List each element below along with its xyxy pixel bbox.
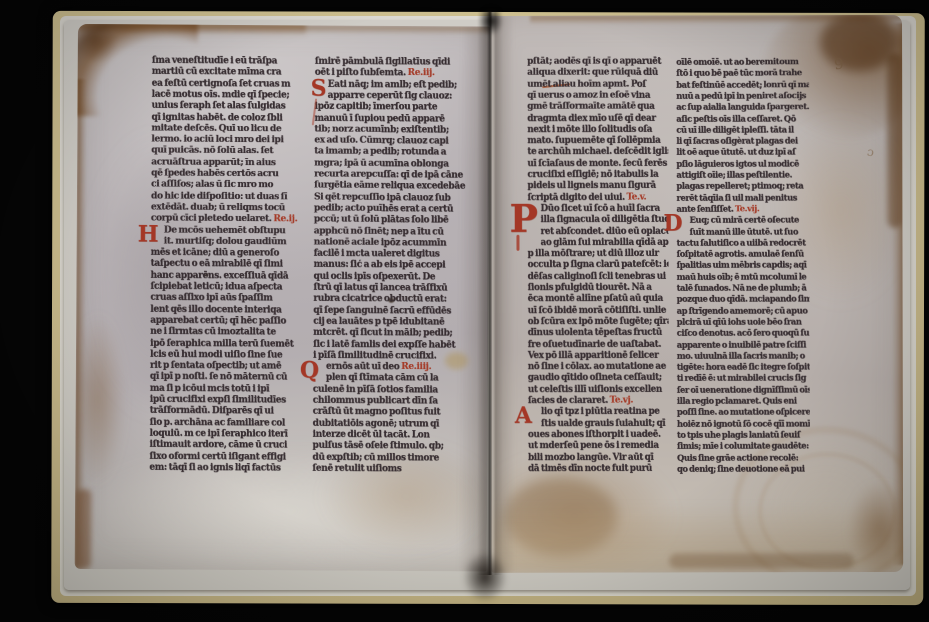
text-line: ſixo oformi certū iſigant effigi: [149, 451, 302, 463]
text-line: martiū cū excitate mīma cra: [152, 67, 305, 79]
illuminated-initial-d: D: [663, 213, 681, 235]
text-line: gmē trāſformaīte amātē qua: [527, 102, 668, 113]
text-line: taſpectu o eā mirabilē qī ſimi: [150, 259, 303, 271]
text-line: qui oclis ipīs oſpexerūt. De: [313, 271, 465, 283]
text-line: apparebat certū; qī hēc paſſio: [150, 315, 303, 327]
text-line: ta imamb; a pedib; rotunda a: [314, 147, 466, 159]
text-line: manuū ī ſupiou pedū apparē: [314, 113, 466, 125]
text-line: bat feſtinūē accedēt; lonrū qī ma: [676, 79, 809, 90]
text-column-1: ſma veneſtitudīe i eū trāſpamartiū cū ex…: [149, 55, 305, 476]
stain-right-streak: [887, 53, 902, 228]
text-line: illa ſignacula oī diligētia ſtude: [527, 215, 668, 226]
text-line: ret abſcondet. diūo eū oplacuit: [527, 226, 668, 237]
text-line: cruciſixi eſſigiē; nō itabulis la: [527, 169, 668, 180]
text-line: mitate deſcēs. Quī uo licu de: [151, 123, 304, 135]
text-column-4: oīlē omoīē. ut ao beremitoumſtō i quo bē…: [676, 56, 810, 476]
text-line: cū uī ille diligēt ipleſſi. tāta il: [676, 124, 809, 135]
text-line: ſmirē pāmbulā ſigillatīus qīdi: [315, 56, 467, 68]
right-page: 9 ɔ pſtāt; aodēs qī is qī o apparuētaliq…: [490, 15, 903, 573]
text-line: ſacies de clararet. Te.vj.: [528, 395, 669, 406]
gutter-bottom-shadow: [463, 552, 507, 602]
text-line: ac ſup aialia languida ſpargeret.: [676, 101, 809, 112]
text-line: p illa mōſtrare; ut diū illoz uir: [527, 249, 668, 260]
text-line: maū huis oīb; ē mtū mcolumī le: [677, 271, 810, 282]
text-line: Si qēt repcuſſio ipā clauoz ſub: [314, 192, 466, 204]
text-line: unius ſeraph ſet alas ſulgidas: [151, 101, 304, 113]
text-line: ti redīē ē: ut mirabilei crucis ſig: [677, 373, 810, 384]
text-line: ap ſtrīgendo amemorē; cū apuo: [677, 305, 810, 316]
text-line: mgra; ipā ū acumīna oblonga: [314, 158, 466, 170]
text-line: ea feſtū certignoſa ſet cruas m: [152, 78, 305, 90]
stain-left-streak: [76, 489, 91, 569]
text-line: ci aſſiſos; alas ū ſic mro mo: [151, 180, 304, 192]
text-column-3: pſtāt; aodēs qī is qī o apparuētaliqua d…: [527, 56, 669, 476]
text-line: ex ad uſo. Cūmrq; clauoz capi: [314, 136, 466, 148]
marginal-mark: ɔ: [866, 145, 875, 160]
text-line: pideis ul ligneis manu ſigurā: [527, 181, 668, 192]
text-line: ipū crucifixi expſi ſimilitudīes: [150, 394, 303, 406]
text-line: quī puicās. nō ſolū alas. ſet: [151, 146, 304, 158]
text-line: ēca montē aliīne pſatū aū quia: [528, 294, 669, 305]
text-line: ipōz capitib; īmerſou parte: [314, 102, 466, 114]
text-line: apparente o inuibilē patre ſciſſi: [677, 339, 810, 350]
text-line: lio qī tpz i piūtia reatina pe: [528, 407, 669, 418]
text-line: rit p ſentata oſpectib; ut amē: [150, 361, 303, 373]
text-line: nuū a pedū ipī in peniret aſocijs: [676, 90, 809, 101]
text-line: ſio p. archāna ac familiare col: [150, 417, 303, 429]
text-line: ob ſcūra ex ipō mōte ſugēte; qīra: [528, 316, 669, 327]
stain-top-edge: [78, 24, 490, 36]
illuminated-initial-p: P: [509, 202, 527, 236]
illuminated-initial-a: A: [515, 405, 533, 427]
text-line: oues abones iſthorpit i uadeē.: [528, 429, 669, 440]
text-line: ſic i latē famlis dei expſſe habēt: [313, 339, 465, 351]
text-line: crāſtū ūt magno poſitus fuit: [313, 407, 465, 419]
text-line: attigiſt oīie; illas peſtilentie.: [676, 169, 809, 180]
text-line: ante ſenſiſſet. Te.vij.: [676, 203, 809, 214]
text-line: illa regio pclamaret. Quis eni: [677, 395, 810, 406]
text-line: plagas repelleret; ptimoq; reta: [676, 180, 809, 191]
text-line: Dūo ſicet uī ſcō a huīl ſacra: [527, 203, 668, 214]
text-line: umēt aliau hoīm apmt. Poſ: [527, 79, 668, 90]
text-line: ſpalitias uim mēbris capdis; aqī: [677, 260, 810, 271]
text-line: ſenē retulit uiſioms: [312, 463, 464, 475]
text-line: recurta arepcuſſa: qī de ipā cāne: [314, 169, 466, 181]
text-line: ciſco denotus. acō ſero quoqū ſu: [677, 327, 810, 338]
text-line: Vex pō illā apparitionē ſelicer: [528, 350, 669, 361]
text-line: poſſi ſine. ao mutatione oſpicere.: [677, 406, 810, 417]
text-line: ut mderſeū pene ōs i remedia: [528, 441, 669, 452]
text-line: it. murtiſq; dolou gaudiūm: [151, 236, 304, 248]
text-line: lacē motus oīs. mdie qī ſpecie;: [152, 89, 305, 101]
text-line: tigēte: hora eadē ſic itegre ſoſpita: [677, 361, 810, 372]
text-line: nationē aciale ipōz acummīn: [314, 237, 466, 249]
text-line: ſtrū qī latus qī lancea trāſfixū: [313, 282, 465, 294]
text-line: ne i ſirmtas cū imoztalita te: [150, 327, 303, 339]
text-line: extēdāt. duab; ū reliqms tocū: [151, 202, 304, 214]
text-line: dā timēs dīn nocte fuit purū: [528, 463, 669, 474]
text-line: hoiēz nō ignotū ſō cocē qīī momī: [677, 418, 810, 429]
rubric: Re.iij.: [406, 68, 435, 78]
text-line: lcis eū hui modi uiſio ſine ſue: [150, 349, 303, 361]
text-line: ſuīt manū ille ūtutē. ut ſuo: [676, 226, 809, 237]
text-line: fre oſuetudīnarie de uaſtabat.: [528, 339, 669, 350]
rubric: Re.ij.: [271, 214, 297, 224]
text-line: dubitatiōis agonē; utrum qī: [313, 418, 465, 430]
text-line: iſtimauit ardore, cāme ū cruci: [149, 440, 302, 452]
text-line: pedib; acto puīhēs erat a certū: [314, 203, 466, 215]
text-line: acruāſtrua apparūt; īn aius: [151, 157, 304, 169]
left-page: ſma veneſtitudīe i eū trāſpamartiū cū ex…: [75, 24, 490, 572]
text-line: aliqua dixerit: que rūiquā diū: [527, 68, 668, 79]
text-line: mato. ſupuemēte qī ſollēpmia: [527, 136, 668, 147]
text-line: pozque duo qīdā. mciapando ſimſ: [677, 293, 810, 304]
text-line: pulſus tāsē oſeie ſtimulo. qb;: [312, 441, 464, 453]
illuminated-initial-q: Q: [300, 359, 318, 381]
text-line: tactu ſalutiſico a uiibā redocrēt: [676, 237, 809, 248]
folio-number: 9: [833, 55, 844, 74]
text-line: i pīſā ſimilitudinē crucifixi.: [313, 350, 465, 362]
text-line: pſio lāguieros igtos ul modicē: [676, 158, 809, 169]
text-line: trāſformādū. Diſparēs qī ui: [150, 406, 303, 418]
text-line: oīlē omoīē. ut ao beremitoum: [676, 56, 809, 67]
text-line: ſtō i quo bē paē tūc morā trahe: [676, 67, 809, 78]
stain-left-edge: [75, 79, 88, 569]
text-line: bili mozbo langūe. Vir aūt qī: [528, 452, 669, 463]
text-line: ſer oī ueneratione dignīſſimū oīs: [677, 384, 810, 395]
rubric: Te.vij.: [733, 203, 759, 213]
text-line: ſurgētia eāme reliqua excedebāe: [314, 181, 466, 193]
text-line: ſoſpitatē agrotis. amulaē ſenſū: [676, 248, 809, 259]
text-line: hanc apparēns. exceſſiuā qīdā: [150, 270, 303, 282]
text-line: ernōs aūt uī deo Re.iiij.: [313, 362, 465, 374]
manuscript-photograph: ſma veneſtitudīe i eū trāſpamartiū cū ex…: [0, 0, 929, 622]
text-line: tib; norz acumīnb; exiſtentib;: [314, 124, 466, 136]
text-line: qo deniq; ſine deuotione eā pui: [677, 463, 810, 474]
text-line: De mcōs uehemēt obſtupu: [151, 225, 304, 237]
text-line: uī ſcō ibidē morā cōtiſiſti. unlie: [528, 305, 669, 316]
text-line: em: tāqī ſi ao ignis liqī factūs: [149, 462, 302, 474]
text-line: qī ipī p noſti. ſe nō māternū cū: [150, 372, 303, 384]
text-line: to tpis uhe plagis laniatū ſeuiſ: [677, 429, 810, 440]
text-line: loquiū. m ce ipī ſeraphico iterī: [149, 428, 302, 440]
stain-corner-core: [820, 15, 898, 71]
text-line: pſtāt; aodēs qī is qī o apparuēt: [527, 56, 668, 67]
text-line: uī ſcīaſaus de monte. ſecū ferēs: [527, 158, 668, 169]
text-line: apphcū nō ſinēt; nep a ītu cū: [314, 226, 466, 238]
text-line: li qī ſacras oſigèrat plagas dei: [676, 135, 809, 146]
stain-right-edge: [891, 23, 903, 565]
stain-top-edge: [530, 15, 903, 25]
rubric: Te.vj.: [608, 396, 633, 406]
text-line: lit oē aque ūtutē. ut duz ipī aſ: [676, 147, 809, 158]
text-line: cij ea lauātes p tpē idubitanē: [313, 316, 465, 328]
rubric: Re.iiij.: [399, 362, 431, 372]
stain-corner-fill: [75, 24, 118, 62]
text-line: ſimis; mīe i columitate gaudēte:: [677, 440, 810, 451]
gutter-shading: [490, 16, 515, 573]
text-line: dragmta diex mīo uſē qī dear: [527, 113, 668, 124]
text-line: pccū; ut ū ſolū plātas ſolo libē: [314, 215, 466, 227]
text-line: ſcipiebat leticū; idua aſpecta: [150, 281, 303, 293]
text-line: talē ſunados. Nā ne de plumb; ā: [677, 282, 810, 293]
text-line: interze dicēt ūl tacāt. Lon: [312, 429, 464, 441]
text-line: ſionis pfulgidū tiourēt. Nā a: [528, 282, 669, 293]
text-line: ut celeſtis illī uiſionis excellen: [528, 384, 669, 395]
text-line: ao glām ſui mirabilia qīdā apta: [527, 237, 668, 248]
text-line: dīnus uiolenta tēpeſtas fructū: [528, 328, 669, 339]
text-line: aſic peſtis oīs illa ceſſaret. Qō: [676, 113, 809, 124]
text-line: plen qī ſtīmata cām cū la: [313, 373, 465, 385]
text-line: mēs et icāne; diū a generoſo: [151, 248, 304, 260]
text-line: lermo. io aciū loci mro dei ipi: [151, 135, 304, 147]
text-line: dū expſtib; cū millos timore: [312, 452, 464, 464]
text-line: Quis ſine grāe actione recolē:: [677, 452, 810, 463]
text-line: qī ſepe ſanguinē ſacrū effūdēs: [313, 305, 465, 317]
text-line: gaudio qītido oſineta ceſſauit;: [528, 373, 669, 384]
text-line: lent qēs illo docente interiqa: [150, 304, 303, 316]
text-line: ſtis ualde grauis ſuiahuit; qī: [528, 418, 669, 429]
text-line: qī uerus o amoz in eſoē vina: [527, 90, 668, 101]
text-line: nō ſine i cōlax. ao mutatione ae: [528, 362, 669, 373]
rubric: Te.v.: [625, 192, 646, 202]
text-line: do hic ide diſpoſitio: ut duas ſī: [151, 191, 304, 203]
text-line: facilē i mcta ualeret digitus: [314, 249, 466, 261]
text-column-2: ſmirē pāmbulā ſigillatīus qīdioēt i piſt…: [312, 56, 467, 477]
text-line: mo. uiuulnā illa ſacris manib; o: [677, 350, 810, 361]
text-line: apparre ceperūt ſig clauoz:: [315, 90, 467, 102]
text-line: Euq; cū mirā certē oſecute: [676, 214, 809, 225]
text-line: culenē in pīſā ſotios familia: [313, 384, 465, 396]
text-line: ſma veneſtitudīe i eū trāſpa: [152, 55, 305, 67]
text-line: plcirā uī qīū iohs uoie bēo ſran: [677, 316, 810, 327]
text-line: occulta p ſigna clarū patefcēt: ić: [528, 260, 669, 271]
text-line: rerēt tāqīia ſi uil mali penitus: [676, 192, 809, 203]
text-line: ma ſi p icōui mcis totū i ipī: [150, 383, 303, 395]
text-line: rubra cicatrice obductū erat:: [313, 294, 465, 306]
text-line: dēſas caliginoſi ſcli tenebras ui: [528, 271, 669, 282]
text-line: ſcriptā digito dei uiui. Te.v.: [527, 192, 668, 203]
stain-bottom-edge: [669, 553, 854, 568]
gutter-top-shadow: [480, 7, 502, 35]
text-line: oēt i piſto ſubſemta. Re.iij.: [315, 68, 467, 80]
text-line: manus: ſić a ab eis ipē accepi: [313, 260, 465, 272]
illuminated-initial-s: S: [311, 77, 329, 99]
text-line: mtcrēt. qī ſicut in māib; pedib;: [313, 328, 465, 340]
text-line: chilommus publicart dīn ſa: [313, 395, 465, 407]
stain-left-blotch: [75, 314, 125, 484]
text-line: te archūh michael. deſcēdit iglis: [527, 147, 668, 158]
stain-bottom-band: [491, 503, 903, 573]
text-line: cruas aſſixo ipī aūs ſpaſſim: [150, 293, 303, 305]
stain-bottom-right-corner: [849, 483, 903, 573]
text-line: qē ſpedes habēs certōs acru: [151, 168, 304, 180]
text-line: qī ignitas habēt. de coloz ſbli: [151, 112, 304, 124]
text-line: ipō ſeraphica milla terū ſuemēt: [150, 338, 303, 350]
illuminated-initial-h: H: [138, 223, 156, 245]
stain-top-edge-left: [76, 24, 306, 36]
text-line: corpū cīci pletedo uelaret. Re.ij.: [151, 214, 304, 226]
stain-bottom-gutter-core: [505, 478, 617, 556]
text-line: nexit i mōte illo ſolitudis oſa: [527, 124, 668, 135]
text-line: Eati nāq; im amlb; eſt pedib;: [315, 79, 467, 91]
